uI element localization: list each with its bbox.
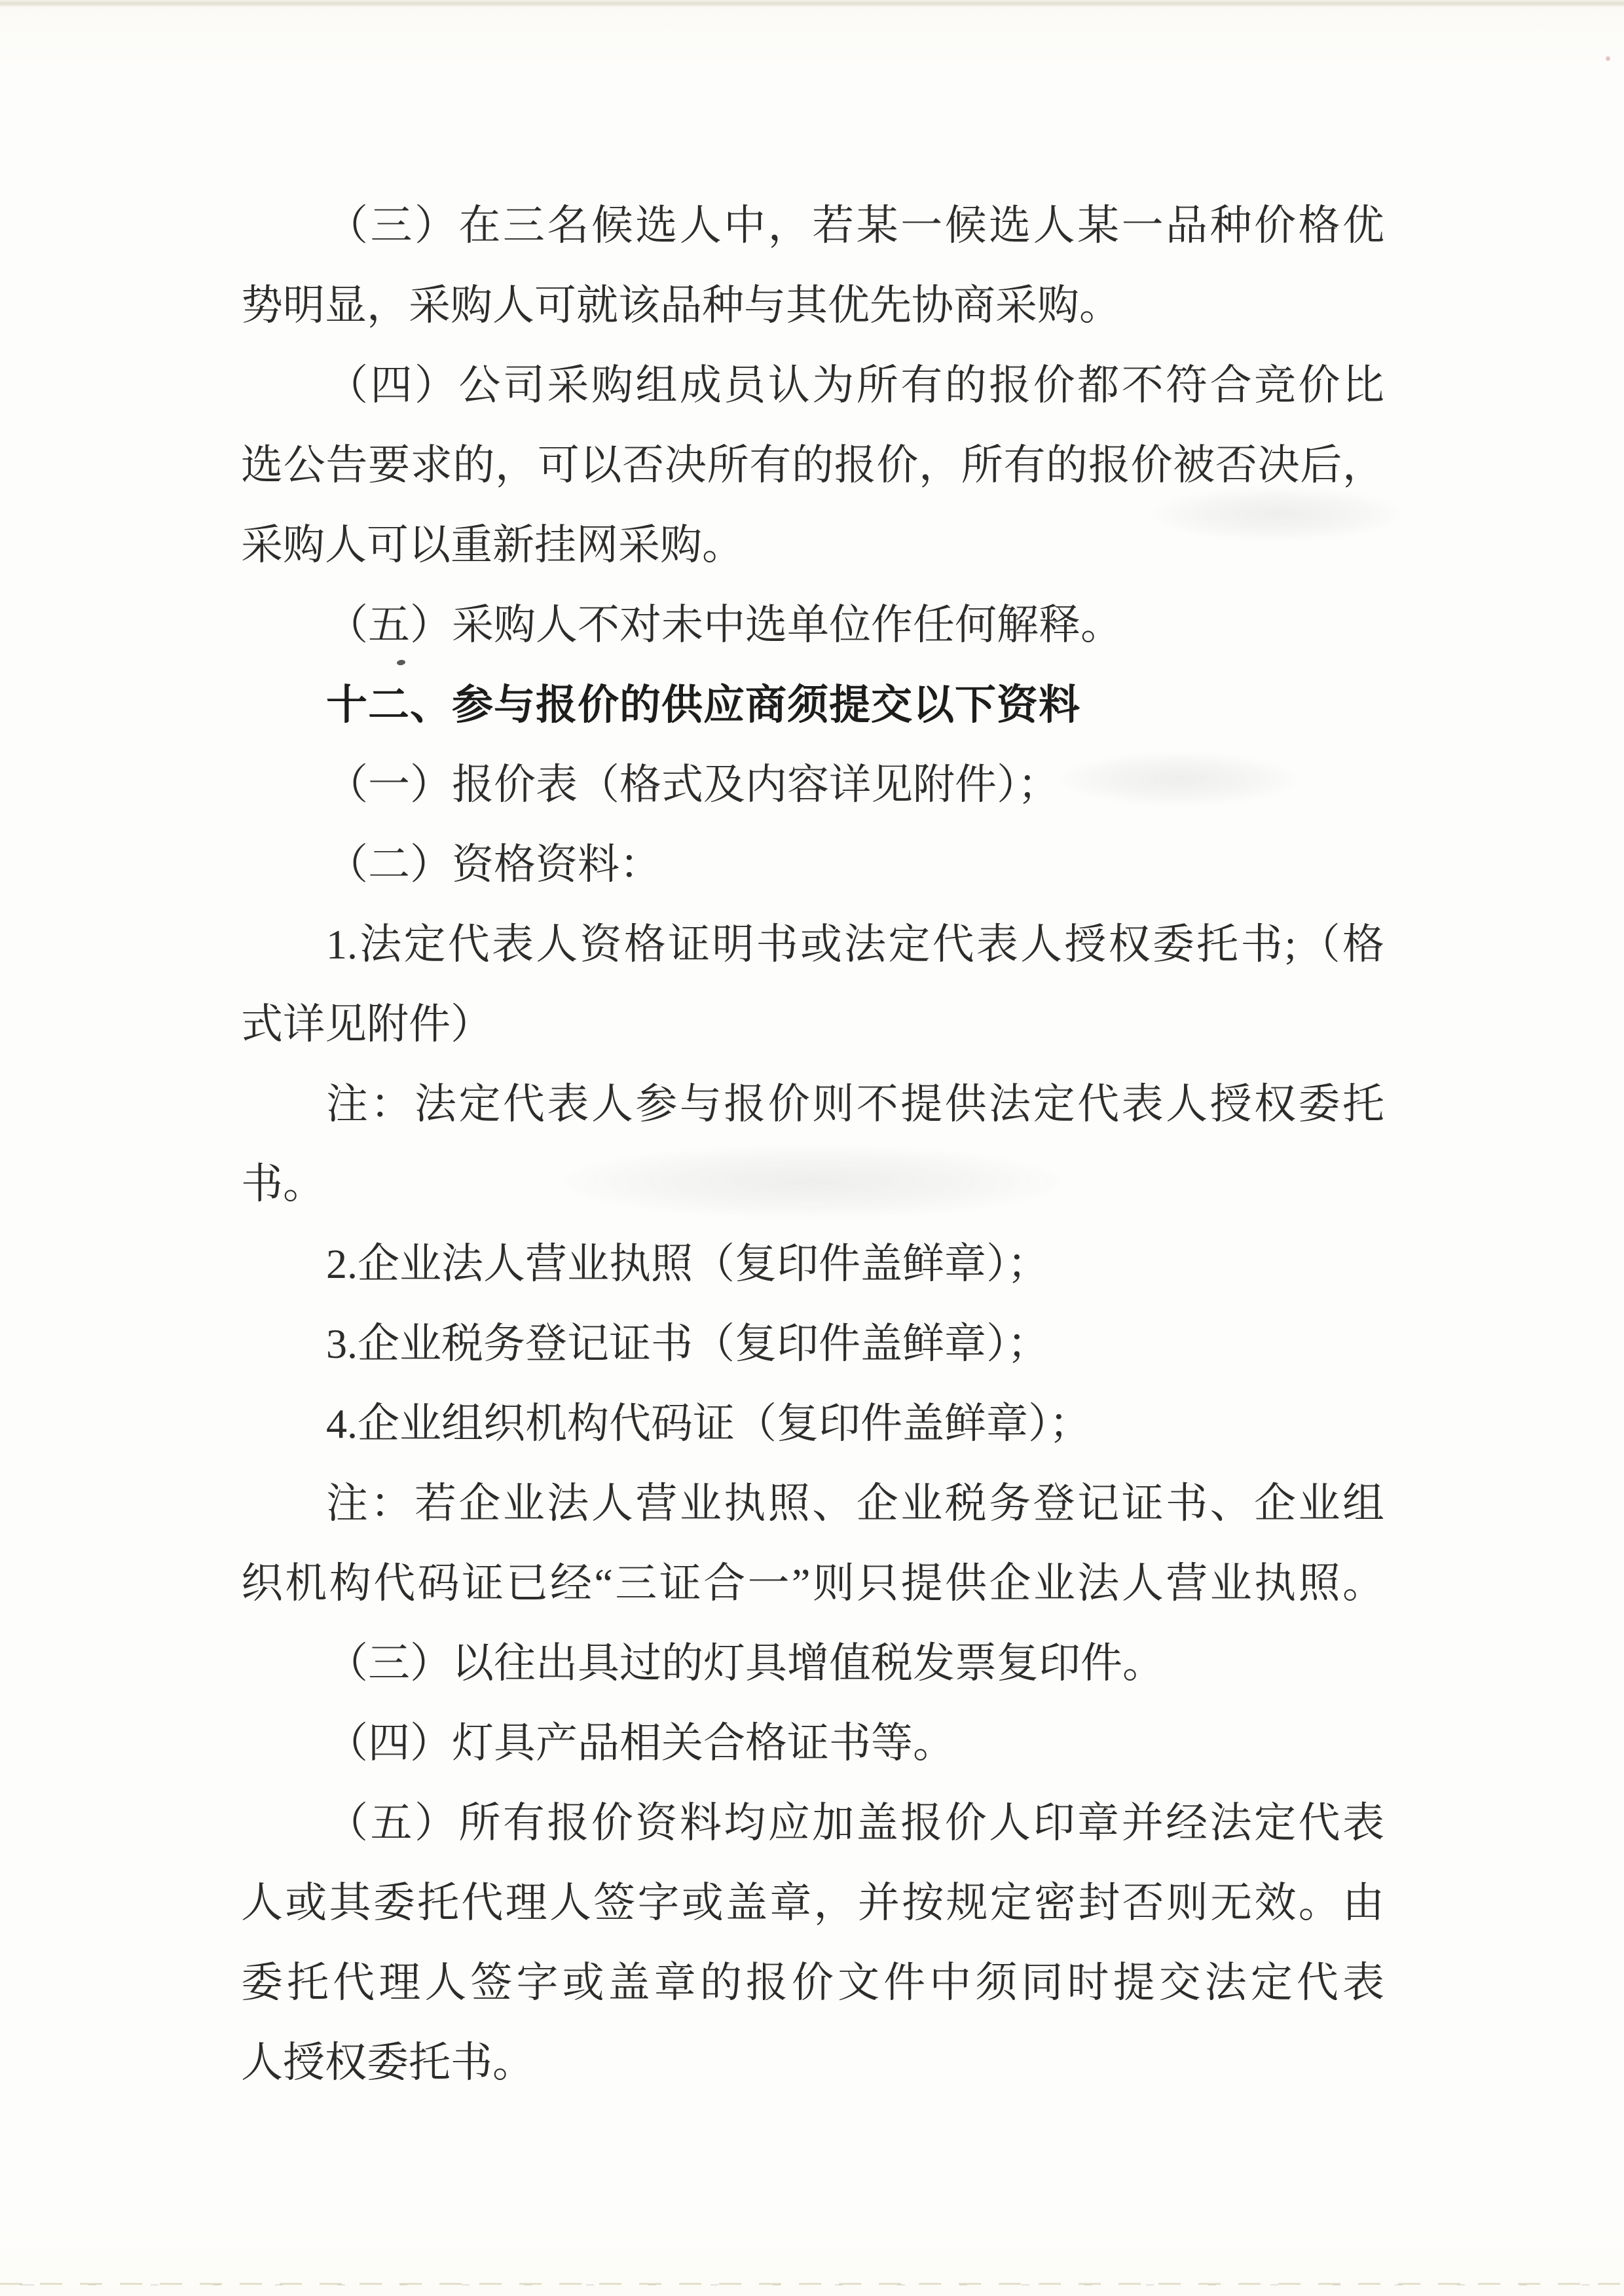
text-line: 注：法定代表人参与报价则不提供法定代表人授权委托 bbox=[241, 1065, 1384, 1144]
text-line: 4.企业组织机构代码证（复印件盖鲜章）； bbox=[241, 1384, 1384, 1464]
text-line: （三）以往出具过的灯具增值税发票复印件。 bbox=[241, 1624, 1384, 1704]
scan-color-speck bbox=[1606, 56, 1610, 61]
text-line: 委托代理人签字或盖章的报价文件中须同时提交法定代表 bbox=[241, 1943, 1384, 2023]
text-line: （三）在三名候选人中，若某一候选人某一品种价格优 bbox=[241, 186, 1384, 266]
scanned-document-page: （三）在三名候选人中，若某一候选人某一品种价格优势明显，采购人可就该品种与其优先… bbox=[0, 0, 1624, 2296]
text-line: （四）公司采购组成员认为所有的报价都不符合竞价比 bbox=[241, 346, 1384, 426]
text-line: 式详见附件） bbox=[241, 985, 1384, 1065]
text-line: 选公告要求的，可以否决所有的报价，所有的报价被否决后， bbox=[241, 426, 1384, 505]
text-line: （五）采购人不对未中选单位作任何解释。 bbox=[241, 585, 1384, 665]
text-line: （二）资格资料： bbox=[241, 825, 1384, 905]
text-line: 采购人可以重新挂网采购。 bbox=[241, 505, 1384, 585]
scan-edge-top-artifact bbox=[0, 0, 1624, 9]
text-line: 1.法定代表人资格证明书或法定代表人授权委托书;（格 bbox=[241, 905, 1384, 985]
text-line: 织机构代码证已经“三证合一”则只提供企业法人营业执照。 bbox=[241, 1544, 1384, 1624]
document-text-block: （三）在三名候选人中，若某一候选人某一品种价格优势明显，采购人可就该品种与其优先… bbox=[241, 186, 1384, 2103]
text-line: 注：若企业法人营业执照、企业税务登记证书、企业组 bbox=[241, 1464, 1384, 1544]
section-heading-line: 十二、参与报价的供应商须提交以下资料 bbox=[241, 665, 1384, 745]
scan-edge-bottom-artifact bbox=[0, 2283, 1624, 2287]
text-line: 势明显，采购人可就该品种与其优先协商采购。 bbox=[241, 266, 1384, 346]
text-line: 人或其委托代理人签字或盖章，并按规定密封否则无效。由 bbox=[241, 1863, 1384, 1943]
text-line: （一）报价表（格式及内容详见附件）； bbox=[241, 745, 1384, 825]
text-line: 3.企业税务登记证书（复印件盖鲜章）； bbox=[241, 1304, 1384, 1384]
text-line: 书。 bbox=[241, 1144, 1384, 1224]
text-line: （四）灯具产品相关合格证书等。 bbox=[241, 1704, 1384, 1783]
text-line: （五）所有报价资料均应加盖报价人印章并经法定代表 bbox=[241, 1783, 1384, 1863]
text-line: 人授权委托书。 bbox=[241, 2023, 1384, 2103]
text-line: 2.企业法人营业执照（复印件盖鲜章）； bbox=[241, 1224, 1384, 1304]
